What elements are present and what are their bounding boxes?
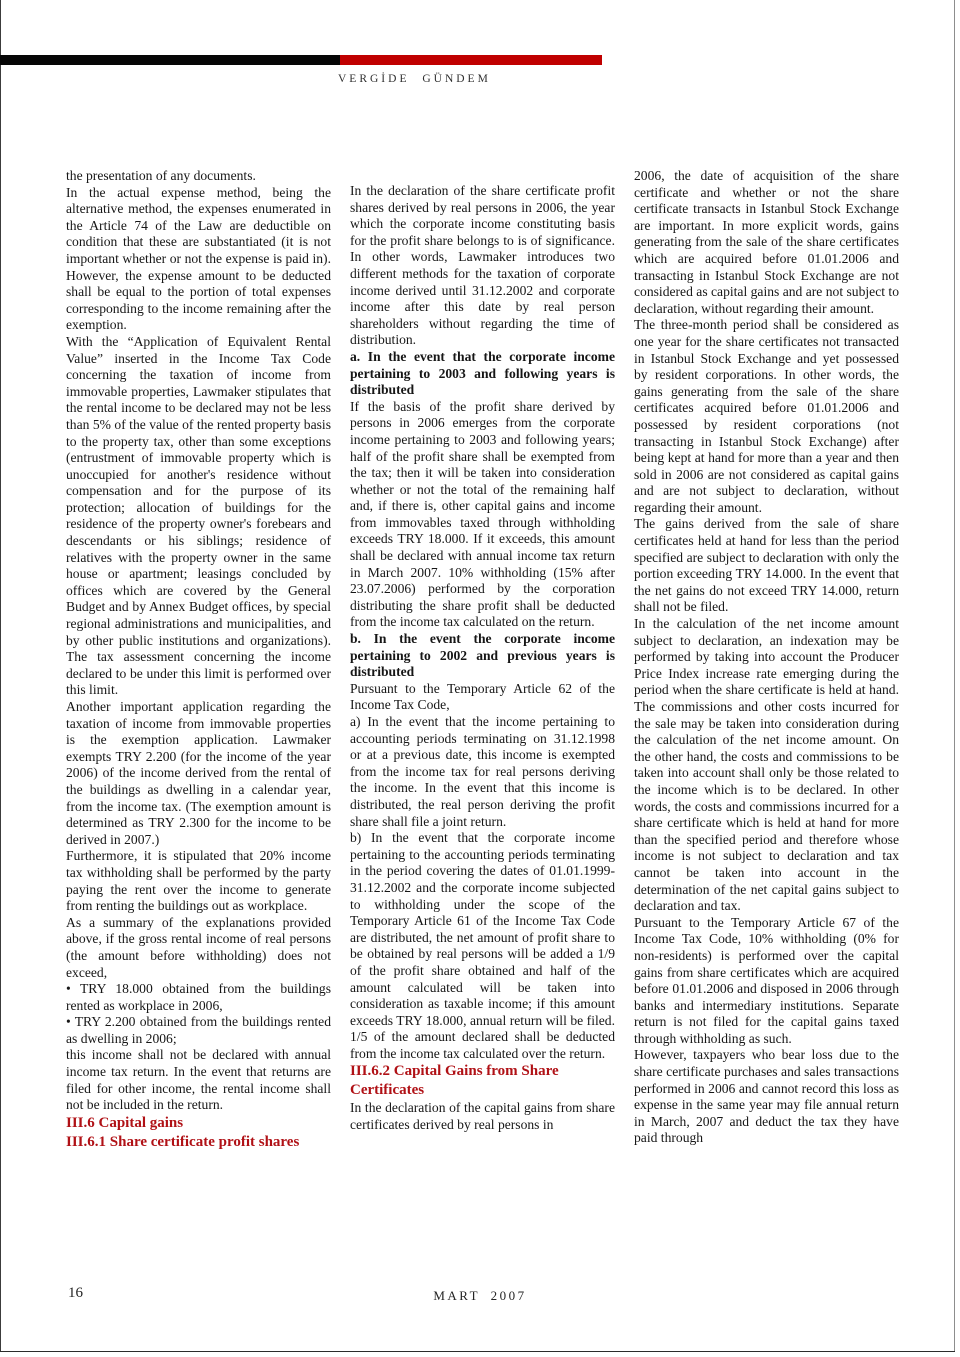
paragraph: As a summary of the explanations provide…	[66, 915, 331, 981]
bullet-item: • TRY 2.200 obtained from the buildings …	[66, 1014, 331, 1047]
document-page: VERGİDE GÜNDEM the presentation of any d…	[0, 0, 960, 1357]
paragraph: Pursuant to the Temporary Article 62 of …	[350, 681, 615, 714]
paragraph: the presentation of any documents.	[66, 168, 331, 185]
paragraph: If the basis of the profit share derived…	[350, 399, 615, 631]
paragraph: However, taxpayers who bear loss due to …	[634, 1047, 899, 1147]
paragraph: With the “Application of Equivalent Rent…	[66, 334, 331, 699]
section-heading-capital-gains-from-share-certificates: III.6.2 Capital Gains from Share Certifi…	[350, 1062, 615, 1100]
section-heading-share-certificate-profit-shares: III.6.1 Share certificate profit shares	[66, 1133, 331, 1152]
paragraph: In the actual expense method, being the …	[66, 185, 331, 334]
subheading-a: a. In the event that the corporate incom…	[350, 349, 615, 399]
paragraph: Pursuant to the Temporary Article 67 of …	[634, 915, 899, 1048]
paragraph: Furthermore, it is stipulated that 20% i…	[66, 848, 331, 914]
paragraph: Another important application regarding …	[66, 699, 331, 848]
paragraph: b) In the event that the corporate incom…	[350, 830, 615, 1062]
page-edge-bottom	[0, 1351, 955, 1352]
column-middle: In the declaration of the share certific…	[350, 152, 615, 1152]
paragraph: a) In the event that the income pertaini…	[350, 714, 615, 830]
journal-title: VERGİDE GÜNDEM	[338, 73, 491, 85]
page-columns: the presentation of any documents. In th…	[66, 152, 899, 1152]
page-edge-right	[954, 0, 955, 1352]
section-heading-capital-gains: III.6 Capital gains	[66, 1114, 331, 1133]
header-rule-red	[340, 55, 602, 65]
paragraph: this income shall not be declared with a…	[66, 1047, 331, 1113]
bullet-item: • TRY 18.000 obtained from the buildings…	[66, 981, 331, 1014]
paragraph: The three-month period shall be consider…	[634, 317, 899, 516]
paragraph: 2006, the date of acquisition of the sha…	[634, 168, 899, 317]
column-left: the presentation of any documents. In th…	[66, 152, 331, 1152]
column-right: 2006, the date of acquisition of the sha…	[634, 152, 899, 1152]
paragraph: In the declaration of the share certific…	[350, 183, 615, 349]
header-rule-black	[0, 55, 340, 65]
paragraph: In the declaration of the capital gains …	[350, 1100, 615, 1133]
issue-date: MART 2007	[0, 1288, 960, 1304]
subheading-b: b. In the event the corporate income per…	[350, 631, 615, 681]
page-edge-left	[0, 0, 1, 1352]
paragraph: The gains derived from the sale of share…	[634, 516, 899, 616]
paragraph: In the calculation of the net income amo…	[634, 616, 899, 915]
